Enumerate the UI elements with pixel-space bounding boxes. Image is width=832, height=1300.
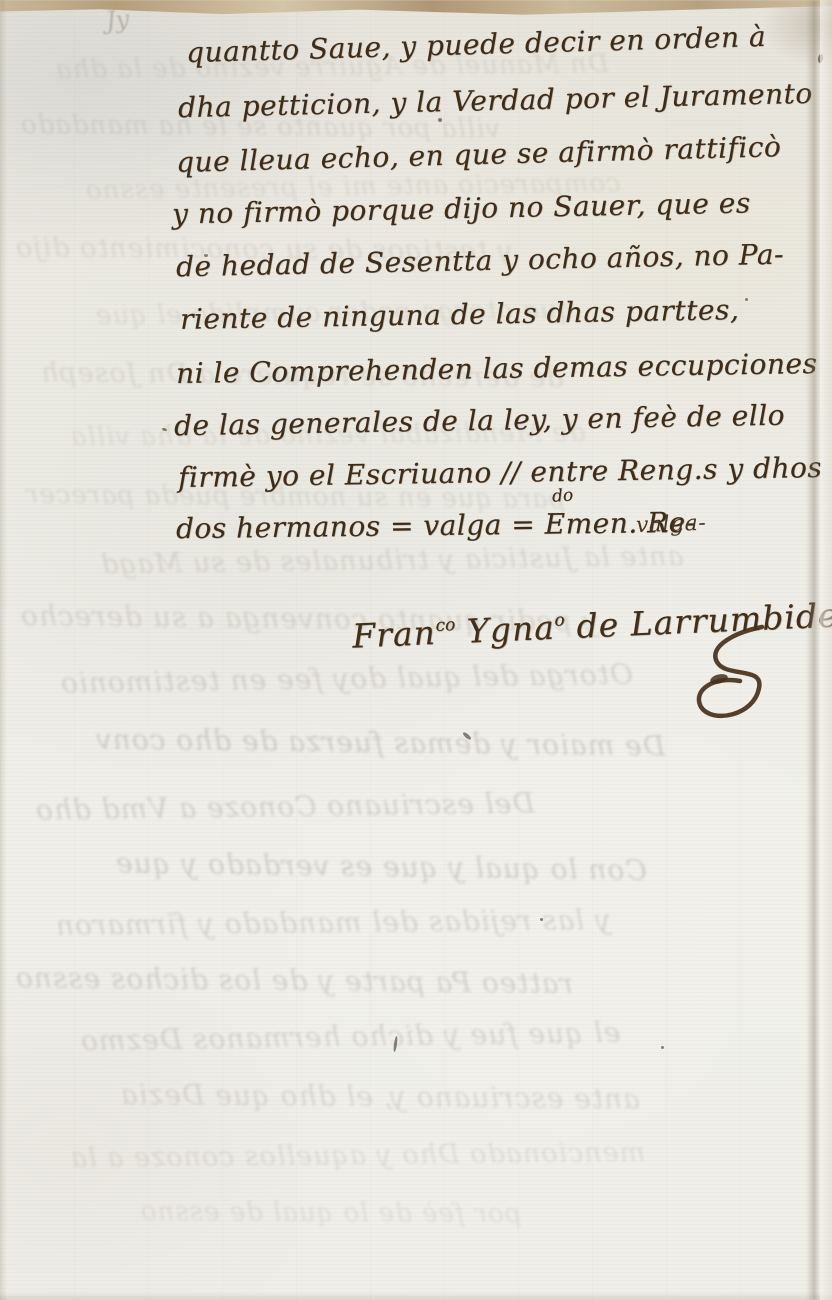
- interlinear-correction: do: [551, 485, 573, 506]
- manuscript-line: que lleua echo, en que se afirmò rattifi…: [176, 130, 782, 179]
- paper-fold-crease: [806, 0, 820, 1300]
- manuscript-line: dha petticion, y la Verdad por el Jurame…: [178, 77, 813, 124]
- manuscript-line: de hedad de Sesentta y ocho años, no Pa-: [176, 238, 785, 284]
- manuscript-line: quantto Saue, y puede decir en orden à: [186, 20, 767, 69]
- manuscript-line: riente de ninguna de las dhas parttes,: [180, 293, 740, 336]
- signature-rubric-flourish: [688, 624, 776, 726]
- manuscript-line: ni le Comprehenden las demas eccupciones: [176, 347, 818, 390]
- signature-given-superscript: co: [435, 615, 456, 636]
- paper-edge-bottom: [0, 1292, 832, 1300]
- manuscript-line: dos hermanos = valga = Emen. Re-: [176, 506, 696, 545]
- signature-given: Fran: [351, 613, 436, 656]
- signature-middle: Ygna: [455, 608, 556, 651]
- manuscript-page: Dn Manuel de Aguirre vezino de la dhavil…: [0, 0, 832, 1300]
- paper-edge-right: [820, 0, 832, 1300]
- paper-edge-left: [0, 0, 7, 1300]
- manuscript-line: de las generales de la ley, y en feè de …: [174, 399, 785, 443]
- manuscript-line: y no firmò porque dijo no Sauer, que es: [172, 186, 751, 230]
- manuscript-line: firmè yo el Escriuano // entre Reng.s y …: [178, 451, 823, 494]
- catchword-valga: valga-: [636, 511, 707, 538]
